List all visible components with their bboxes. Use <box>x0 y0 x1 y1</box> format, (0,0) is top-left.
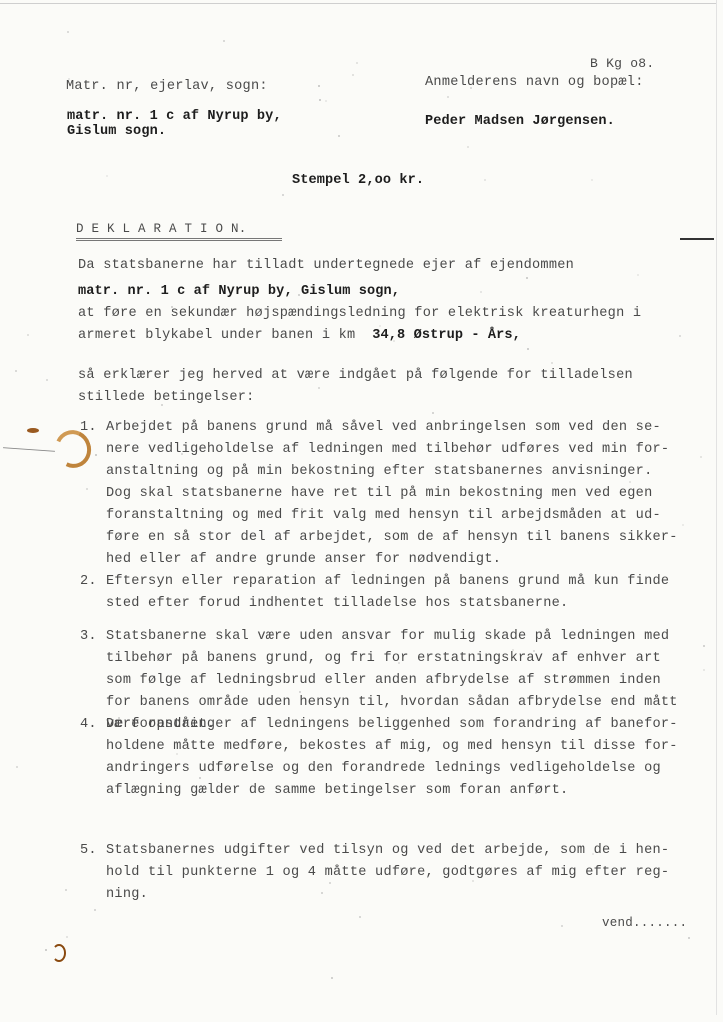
property-value-line1: matr. nr. 1 c af Nyrup by, <box>67 109 282 124</box>
scan-speck <box>45 949 47 951</box>
scan-speck <box>223 40 225 42</box>
scan-speck <box>637 274 639 276</box>
intro-line-1: Da statsbanerne har tilladt undertegnede… <box>78 258 574 273</box>
scan-speck <box>338 135 340 137</box>
scan-speck <box>629 481 631 483</box>
scan-speck <box>432 412 434 414</box>
rust-spot <box>27 428 39 433</box>
scan-speck <box>679 335 681 337</box>
scan-speck <box>688 937 690 939</box>
scan-speck <box>526 277 528 279</box>
scan-speck <box>353 571 355 573</box>
condition-line: som følge af ledningsbrud eller anden af… <box>106 673 661 688</box>
scan-speck <box>66 936 68 938</box>
turn-page-note: vend....... <box>602 916 687 930</box>
scan-speck <box>318 85 320 87</box>
condition-line: hold til punkterne 1 og 4 måtte udføre, … <box>106 865 669 880</box>
scan-speck <box>472 880 474 882</box>
scan-speck <box>321 892 323 894</box>
scan-speck <box>319 99 321 101</box>
condition-line: Dog skal statsbanerne have ret til på mi… <box>106 486 653 501</box>
condition-line: føre en så stor del af arbejdet, som de … <box>106 530 678 545</box>
condition-line: Eftersyn eller reparation af ledningen p… <box>106 574 669 589</box>
scan-speck <box>301 508 303 510</box>
scan-speck <box>16 766 18 768</box>
condition-number: 5. <box>80 843 97 858</box>
condition-number: 3. <box>80 629 97 644</box>
scan-speck <box>65 889 67 891</box>
page-right-edge <box>716 0 717 1015</box>
condition-line: tilbehør på banens grund, og fri for ers… <box>106 651 661 666</box>
stamp-fee: Stempel 2,oo kr. <box>292 173 424 188</box>
condition-line: Statsbanernes udgifter ved tilsyn og ved… <box>106 843 669 858</box>
condition-line: sted efter forud indhentet tilladelse ho… <box>106 596 568 611</box>
scan-speck <box>15 370 17 372</box>
right-edge-tick-mark <box>680 238 714 240</box>
condition-line: foranstaltning og med frit valg med hens… <box>106 508 661 523</box>
scan-speck <box>561 925 563 927</box>
scan-speck <box>94 909 96 911</box>
scan-speck <box>282 194 284 196</box>
scan-speck <box>262 87 264 89</box>
scan-speck <box>46 379 48 381</box>
condition-line: ning. <box>106 887 148 902</box>
condition-line: anstaltning og på min bekostning efter s… <box>106 464 653 479</box>
condition-line: Arbejdet på banens grund må såvel ved an… <box>106 420 661 435</box>
scan-speck <box>176 753 178 755</box>
condition-line: holdene måtte medføre, bekostes af mig, … <box>106 739 678 754</box>
scan-speck <box>86 488 88 490</box>
margin-pencil-mark <box>3 447 55 452</box>
scan-speck <box>480 291 482 293</box>
intro-line-2: matr. nr. 1 c af Nyrup by, Gislum sogn, <box>78 284 400 299</box>
scan-speck <box>700 456 702 458</box>
scan-speck <box>527 348 529 350</box>
scan-speck <box>592 853 594 855</box>
condition-line: nere vedligeholdelse af ledningen med ti… <box>106 442 669 457</box>
condition-line: andringers udførelse og den forandrede l… <box>106 761 661 776</box>
scan-speck <box>467 146 469 148</box>
scan-speck <box>484 179 486 181</box>
condition-line: hed eller af andre grunde anser for nødv… <box>106 552 501 567</box>
scan-speck <box>325 100 327 102</box>
bottom-rust-mark <box>52 944 66 962</box>
scan-speck <box>379 325 381 327</box>
condition-line: De forandringer af ledningens beliggenhe… <box>106 717 678 732</box>
scan-speck <box>703 645 705 647</box>
scan-speck <box>175 682 177 684</box>
intro-line-6: stillede betingelser: <box>78 390 255 405</box>
intro-line-5: så erklærer jeg herved at være indgået p… <box>78 368 633 383</box>
applicant-label: Anmelderens navn og bopæl: <box>425 75 644 90</box>
applicant-name: Peder Madsen Jørgensen. <box>425 114 615 129</box>
scan-speck <box>447 96 449 98</box>
document-title: D E K L A R A T I O N. <box>76 222 247 236</box>
property-value-line2: Gislum sogn. <box>67 124 166 139</box>
scan-speck <box>106 175 108 177</box>
document-reference: B Kg o8. <box>590 56 654 71</box>
scan-speck <box>67 31 69 33</box>
intro-line-4-prefix: armeret blykabel under banen i km <box>78 328 355 343</box>
scan-speck <box>703 669 705 671</box>
scan-speck <box>359 916 361 918</box>
property-label: Matr. nr, ejerlav, sogn: <box>66 79 268 94</box>
page-top-edge <box>0 3 716 4</box>
scan-speck <box>352 74 354 76</box>
scan-speck <box>331 977 333 979</box>
scan-speck <box>95 454 97 456</box>
condition-number: 4. <box>80 717 97 732</box>
scan-speck <box>329 882 331 884</box>
scan-speck <box>356 62 358 64</box>
scan-speck <box>470 87 472 89</box>
scan-speck <box>161 404 163 406</box>
condition-line: for banens område uden hensyn til, hvord… <box>106 695 678 710</box>
scan-speck <box>357 449 359 451</box>
scan-speck <box>299 691 301 693</box>
intro-line-3: at føre en sekundær højspændingsledning … <box>78 306 641 321</box>
scan-speck <box>591 179 593 181</box>
intro-line-4: armeret blykabel under banen i km 34,8 Ø… <box>78 328 521 343</box>
scanned-document-page: B Kg o8. Matr. nr, ejerlav, sogn: Anmeld… <box>0 0 723 1022</box>
scan-speck <box>318 387 320 389</box>
scan-speck <box>682 524 684 526</box>
title-underline <box>76 238 282 241</box>
condition-line: Statsbanerne skal være uden ansvar for m… <box>106 629 669 644</box>
condition-line: aflægning gælder de samme betingelser so… <box>106 783 568 798</box>
scan-speck <box>199 777 201 779</box>
condition-number: 2. <box>80 574 97 589</box>
scan-speck <box>551 362 553 364</box>
scan-speck <box>27 334 29 336</box>
